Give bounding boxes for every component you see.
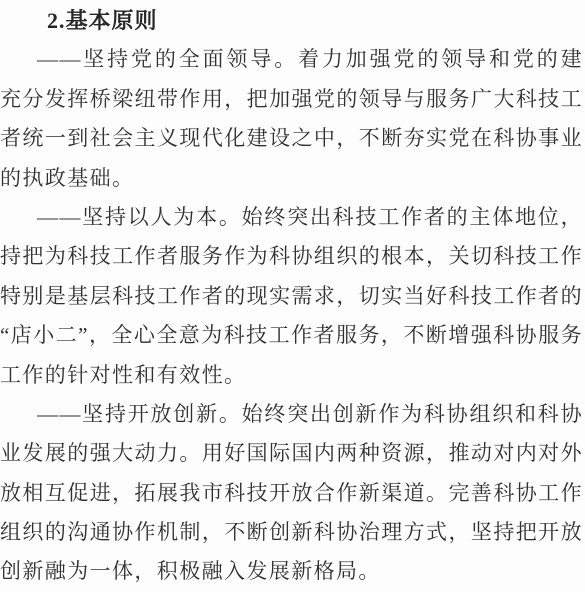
text-line: 的执政基础。 [0,159,583,198]
text-line: 创新融为一体，积极融入发展新格局。 [0,552,583,591]
section-heading: 2.基本原则 [0,1,583,40]
text-line: 组织的沟通协作机制，不断创新科协治理方式，坚持把开放与 [0,513,583,552]
text-line: ——坚持以人为本。始终突出科技工作者的主体地位，坚 [0,198,583,237]
text-line: 持把为科技工作者服务作为科协组织的根本，关切科技工作者 [0,237,583,276]
text-line: 者统一到社会主义现代化建设之中，不断夯实党在科协事业中 [0,119,583,158]
text-line: ——坚持开放创新。始终突出创新作为科协组织和科协事 [0,395,583,434]
text-line: 工作的针对性和有效性。 [0,356,583,395]
text-line: 特别是基层科技工作者的现实需求，切实当好科技工作者的 [0,277,583,316]
text-line: “店小二”，全心全意为科技工作者服务，不断增强科协服务 [0,316,583,355]
paragraph-party-leadership: ——坚持党的全面领导。着力加强党的领导和党的建设， 充分发挥桥梁纽带作用，把加强… [0,40,583,198]
paragraph-people-oriented: ——坚持以人为本。始终突出科技工作者的主体地位，坚 持把为科技工作者服务作为科协… [0,198,583,395]
text-line: 业发展的强大动力。用好国际国内两种资源，推动对内对外开 [0,434,583,473]
text-line: ——坚持党的全面领导。着力加强党的领导和党的建设， [0,40,583,79]
document-page: 2.基本原则 ——坚持党的全面领导。着力加强党的领导和党的建设， 充分发挥桥梁纽… [0,0,585,592]
paragraph-open-innovation: ——坚持开放创新。始终突出创新作为科协组织和科协事 业发展的强大动力。用好国际国… [0,395,583,592]
text-line: 充分发挥桥梁纽带作用，把加强党的领导与服务广大科技工作 [0,80,583,119]
text-line: 放相互促进，拓展我市科技开放合作新渠道。完善科协工作和 [0,474,583,513]
